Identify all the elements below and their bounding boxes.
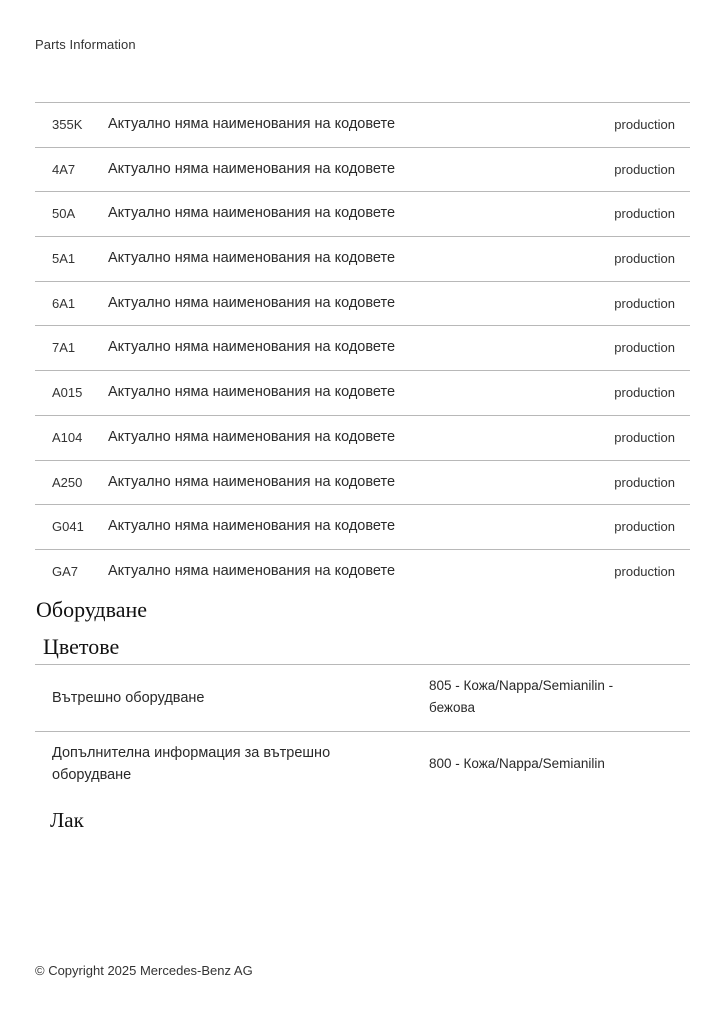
code-cell: A104 — [52, 430, 82, 445]
table-row: A104 Актуално няма наименования на кодов… — [35, 415, 690, 460]
table-row: 6A1 Актуално няма наименования на кодове… — [35, 281, 690, 326]
colors-table: Вътрешно оборудване 805 - Кожа/Nappa/Sem… — [35, 664, 690, 797]
code-cell: A015 — [52, 385, 82, 400]
description-cell: Актуално няма наименования на кодовете — [108, 205, 395, 221]
table-row: A015 Актуално няма наименования на кодов… — [35, 370, 690, 415]
description-cell: Актуално няма наименования на кодовете — [108, 295, 395, 311]
table-row: G041 Актуално няма наименования на кодов… — [35, 504, 690, 549]
table-row: A250 Актуално няма наименования на кодов… — [35, 460, 690, 505]
code-cell: GA7 — [52, 564, 78, 579]
table-row: GA7 Актуално няма наименования на кодове… — [35, 549, 690, 594]
description-cell: Актуално няма наименования на кодовете — [108, 429, 395, 445]
color-value: 805 - Кожа/Nappa/Semianilin - бежова — [429, 675, 644, 719]
table-row: 7A1 Актуално няма наименования на кодове… — [35, 325, 690, 370]
page-header-title: Parts Information — [35, 37, 136, 52]
code-cell: 355K — [52, 117, 82, 132]
copyright-footer: © Copyright 2025 Mercedes-Benz AG — [35, 963, 253, 978]
status-cell: production — [614, 340, 675, 355]
code-cell: G041 — [52, 519, 84, 534]
description-cell: Актуално няма наименования на кодовете — [108, 161, 395, 177]
color-value: 800 - Кожа/Nappa/Semianilin — [429, 753, 644, 775]
status-cell: production — [614, 251, 675, 266]
description-cell: Актуално няма наименования на кодовете — [108, 116, 395, 132]
color-label: Допълнителна информация за вътрешно обор… — [52, 742, 352, 786]
table-row: 355K Актуално няма наименования на кодов… — [35, 102, 690, 147]
code-cell: 4A7 — [52, 162, 75, 177]
paint-heading: Лак — [50, 808, 84, 833]
code-cell: 6A1 — [52, 296, 75, 311]
description-cell: Актуално няма наименования на кодовете — [108, 563, 395, 579]
status-cell: production — [614, 162, 675, 177]
status-cell: production — [614, 564, 675, 579]
status-cell: production — [614, 519, 675, 534]
description-cell: Актуално няма наименования на кодовете — [108, 250, 395, 266]
color-label: Вътрешно оборудване — [52, 687, 352, 709]
status-cell: production — [614, 117, 675, 132]
status-cell: production — [614, 385, 675, 400]
code-cell: 50A — [52, 206, 75, 221]
description-cell: Актуално няма наименования на кодовете — [108, 339, 395, 355]
description-cell: Актуално няма наименования на кодовете — [108, 384, 395, 400]
codes-table: 355K Актуално няма наименования на кодов… — [35, 102, 690, 594]
table-row: 4A7 Актуално няма наименования на кодове… — [35, 147, 690, 192]
code-cell: A250 — [52, 475, 82, 490]
table-row: Вътрешно оборудване 805 - Кожа/Nappa/Sem… — [35, 664, 690, 731]
code-cell: 7A1 — [52, 340, 75, 355]
equipment-heading: Оборудване — [36, 597, 147, 623]
code-cell: 5A1 — [52, 251, 75, 266]
colors-heading: Цветове — [43, 634, 119, 660]
table-row: 5A1 Актуално няма наименования на кодове… — [35, 236, 690, 281]
status-cell: production — [614, 475, 675, 490]
description-cell: Актуално няма наименования на кодовете — [108, 518, 395, 534]
status-cell: production — [614, 430, 675, 445]
table-row: Допълнителна информация за вътрешно обор… — [35, 731, 690, 797]
status-cell: production — [614, 296, 675, 311]
status-cell: production — [614, 206, 675, 221]
table-row: 50A Актуално няма наименования на кодове… — [35, 191, 690, 236]
description-cell: Актуално няма наименования на кодовете — [108, 474, 395, 490]
